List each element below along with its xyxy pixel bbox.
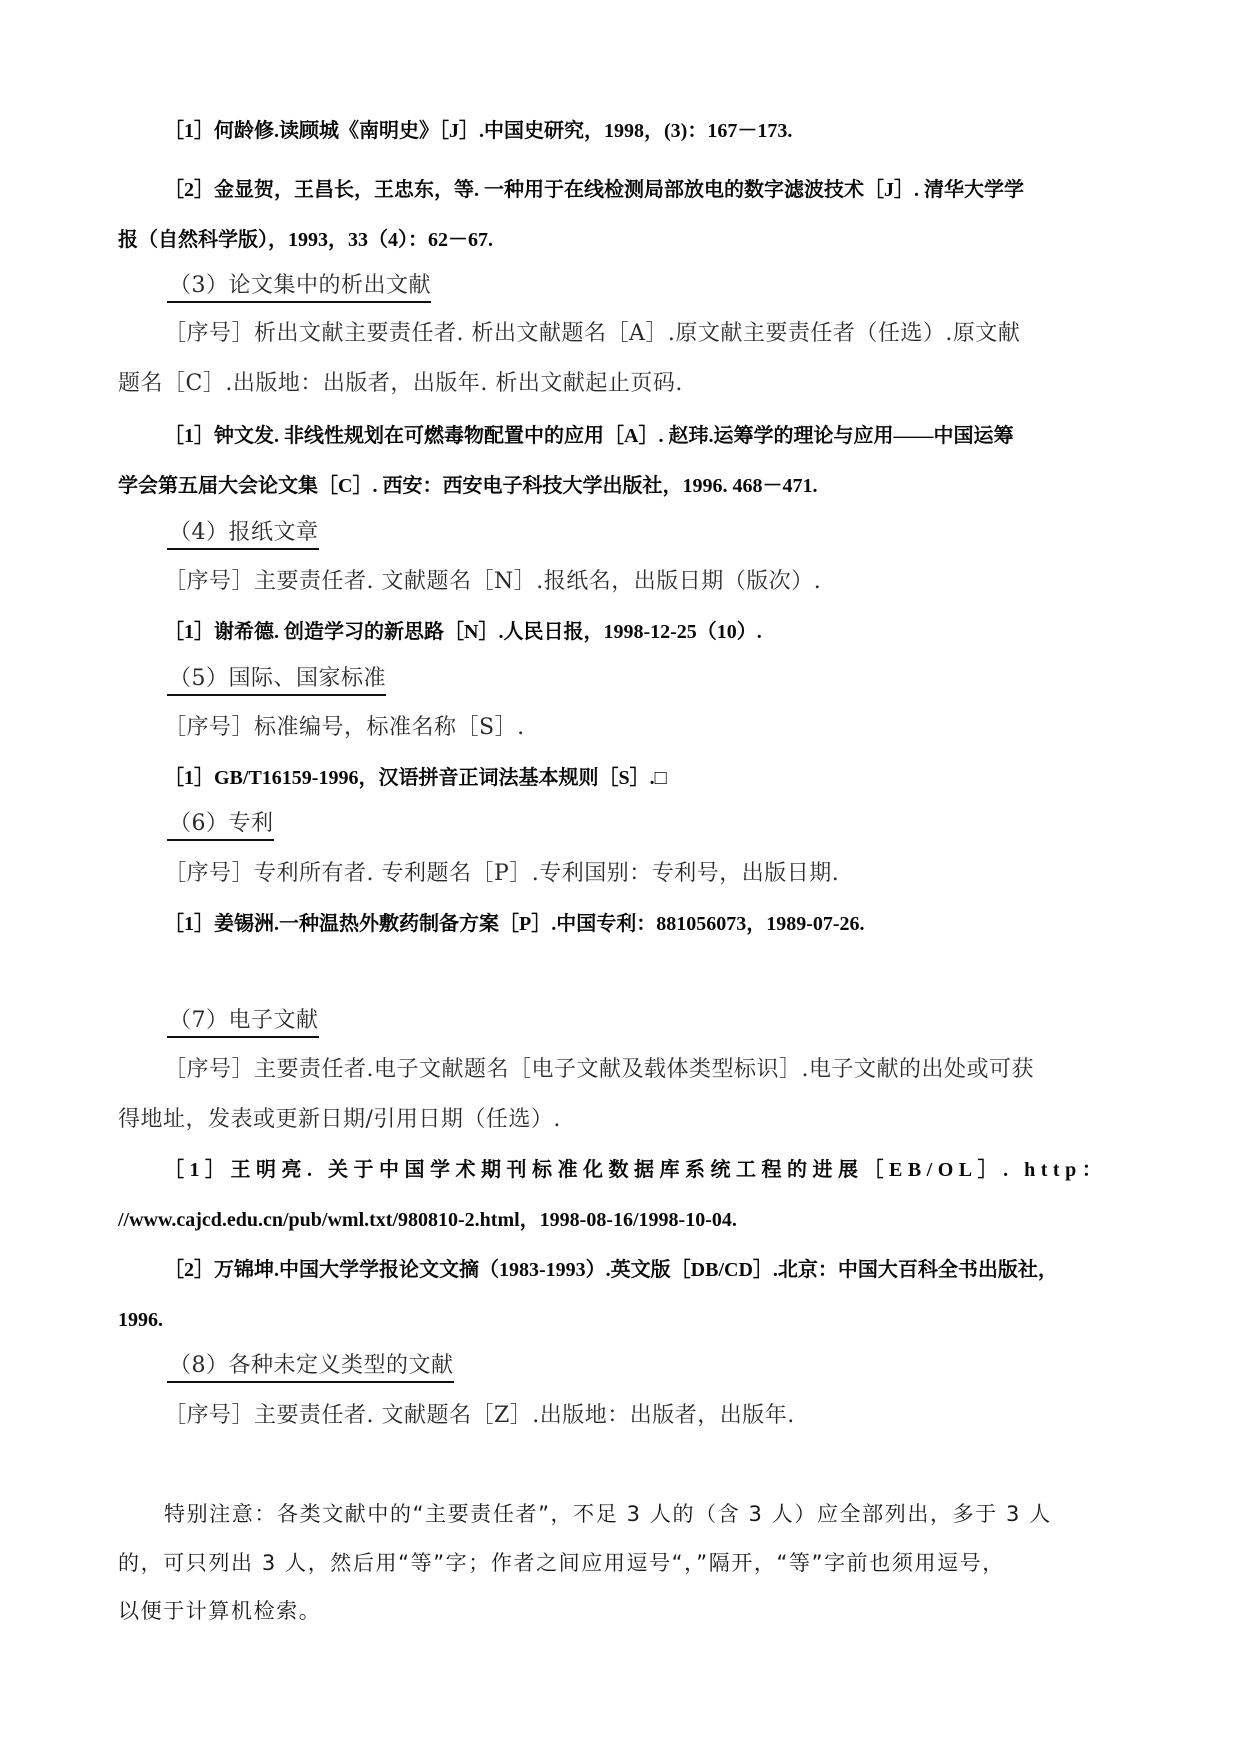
section-5-example: ［1］GB/T16159-1996，汉语拼音正词法基本规则［S］.□ bbox=[164, 764, 667, 792]
journal-example-1: ［1］何龄修.读顾城《南明史》［J］.中国史研究，1998，(3)：167－17… bbox=[164, 117, 792, 145]
section-heading-6: （6）专利 bbox=[167, 810, 274, 841]
section-6-example: ［1］姜锡洲.一种温热外敷药制备方案［P］.中国专利：881056073，198… bbox=[164, 910, 865, 938]
section-7-template-line2: 得地址，发表或更新日期/引用日期（任选）. bbox=[118, 1106, 561, 1134]
special-note-line1: 特别注意：各类文献中的“主要责任者”，不足 3 人的（含 3 人）应全部列出，多… bbox=[164, 1500, 1052, 1528]
section-4-example: ［1］谢希德. 创造学习的新思路［N］.人民日报，1998-12-25（10）. bbox=[164, 618, 762, 646]
section-7-example-1-line2: //www.cajcd.edu.cn/pub/wml.txt/980810-2.… bbox=[118, 1206, 737, 1234]
section-7-example-1-line1: ［1］王明亮. 关于中国学术期刊标准化数据库系统工程的进展［EB/OL］. ht… bbox=[164, 1156, 1107, 1184]
section-7-example-2-line2: 1996. bbox=[118, 1306, 163, 1334]
section-heading-4: （4）报纸文章 bbox=[167, 519, 319, 550]
section-3-template-line1: ［序号］析出文献主要责任者. 析出文献题名［A］.原文献主要责任者（任选）.原文… bbox=[164, 320, 1020, 348]
section-heading-7: （7）电子文献 bbox=[167, 1007, 319, 1038]
section-7-example-2-line1: ［2］万锦坤.中国大学学报论文文摘（1983-1993）.英文版［DB/CD］.… bbox=[164, 1256, 1058, 1284]
document-page: ［1］何龄修.读顾城《南明史》［J］.中国史研究，1998，(3)：167－17… bbox=[0, 0, 1241, 1754]
section-6-template: ［序号］专利所有者. 专利题名［P］.专利国别：专利号，出版日期. bbox=[164, 860, 839, 888]
journal-example-2-line1: ［2］金显贺，王昌长，王忠东，等. 一种用于在线检测局部放电的数字滤波技术［J］… bbox=[164, 176, 1024, 204]
journal-example-2-line2: 报（自然科学版），1993，33（4）：62－67. bbox=[118, 226, 493, 254]
section-4-template: ［序号］主要责任者. 文献题名［N］.报纸名，出版日期（版次）. bbox=[164, 568, 821, 596]
section-heading-5: （5）国际、国家标准 bbox=[167, 665, 386, 696]
special-note-line2: 的，可只列出 3 人，然后用“等”字；作者之间应用逗号“，”隔开，“等”字前也须… bbox=[118, 1549, 1005, 1577]
section-3-template-line2: 题名［C］.出版地：出版者，出版年. 析出文献起止页码. bbox=[118, 370, 683, 398]
special-note-line3: 以便于计算机检索。 bbox=[118, 1597, 321, 1625]
section-3-example-line1: ［1］钟文发. 非线性规划在可燃毒物配置中的应用［A］. 赵玮.运筹学的理论与应… bbox=[164, 422, 1013, 450]
section-5-template: ［序号］标准编号，标准名称［S］. bbox=[164, 714, 525, 742]
section-8-template: ［序号］主要责任者. 文献题名［Z］.出版地：出版者，出版年. bbox=[164, 1402, 795, 1430]
section-7-template-line1: ［序号］主要责任者.电子文献题名［电子文献及载体类型标识］.电子文献的出处或可获 bbox=[164, 1056, 1034, 1084]
section-heading-3: （3）论文集中的析出文献 bbox=[167, 272, 431, 303]
section-heading-8: （8）各种未定义类型的文献 bbox=[167, 1352, 454, 1383]
section-3-example-line2: 学会第五届大会论文集［C］. 西安：西安电子科技大学出版社，1996. 468－… bbox=[118, 472, 817, 500]
